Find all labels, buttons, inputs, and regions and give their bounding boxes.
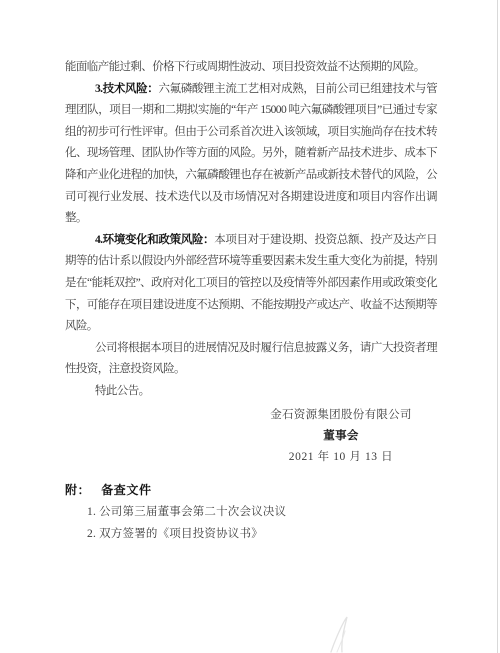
signature-date: 2021 年 10 月 13 日: [251, 447, 431, 467]
paragraph-label: 4.环境变化和政策风险：: [95, 234, 214, 246]
paragraph-closing: 特此公告。: [65, 381, 437, 403]
signature-company: 金石资源集团股份有限公司: [251, 405, 431, 425]
signature-block: 金石资源集团股份有限公司 董事会 2021 年 10 月 13 日: [251, 405, 431, 467]
paragraph-text: 本项目对于建设期、投资总额、投产及达产日期等的估计系以假设内外部经营环境等重要因…: [65, 234, 437, 332]
attachment-item: 2. 双方签署的《项目投资协议书》: [65, 528, 437, 542]
paragraph-text: 能面临产能过剩、价格下行或周期性波动、项目投资效益不达预期的风险。: [65, 61, 425, 73]
paragraph-text: 六氟磷酸锂主流工艺相对成熟，目前公司已组建技术与管理团队，项目一期和二期拟实施的…: [65, 83, 437, 225]
paragraph-text: 公司将根据本项目的进展情况及时履行信息披露义务，请广大投资者理性投资，注意投资风…: [65, 342, 437, 376]
attachment-heading: 附：备查文件: [65, 481, 437, 498]
signature-board: 董事会: [251, 426, 431, 446]
document-page: 能面临产能过剩、价格下行或周期性波动、项目投资效益不达预期的风险。 3.技术风险…: [0, 0, 500, 653]
paragraph-policy-risk: 4.环境变化和政策风险：本项目对于建设期、投资总额、投产及达产日期等的估计系以假…: [65, 230, 437, 338]
page-edge-line: [497, 0, 498, 653]
paragraph-risk-continuation: 能面临产能过剩、价格下行或周期性波动、项目投资效益不达预期的风险。: [65, 57, 437, 79]
document-body: 能面临产能过剩、价格下行或周期性波动、项目投资效益不达预期的风险。 3.技术风险…: [65, 57, 437, 542]
paragraph-text: 特此公告。: [95, 385, 150, 397]
attachment-title: 备查文件: [101, 483, 151, 497]
attachment-item: 1. 公司第三届董事会第二十次会议决议: [65, 506, 437, 520]
attachment-label: 附：: [65, 483, 90, 497]
attachment-section: 附：备查文件 1. 公司第三届董事会第二十次会议决议 2. 双方签署的《项目投资…: [65, 481, 437, 542]
paragraph-disclosure: 公司将根据本项目的进展情况及时履行信息披露义务，请广大投资者理性投资，注意投资风…: [65, 338, 437, 381]
scan-artifact-squiggle: [318, 612, 364, 653]
paragraph-technical-risk: 3.技术风险：六氟磷酸锂主流工艺相对成熟，目前公司已组建技术与管理团队，项目一期…: [65, 79, 437, 230]
paragraph-label: 3.技术风险：: [95, 83, 158, 95]
